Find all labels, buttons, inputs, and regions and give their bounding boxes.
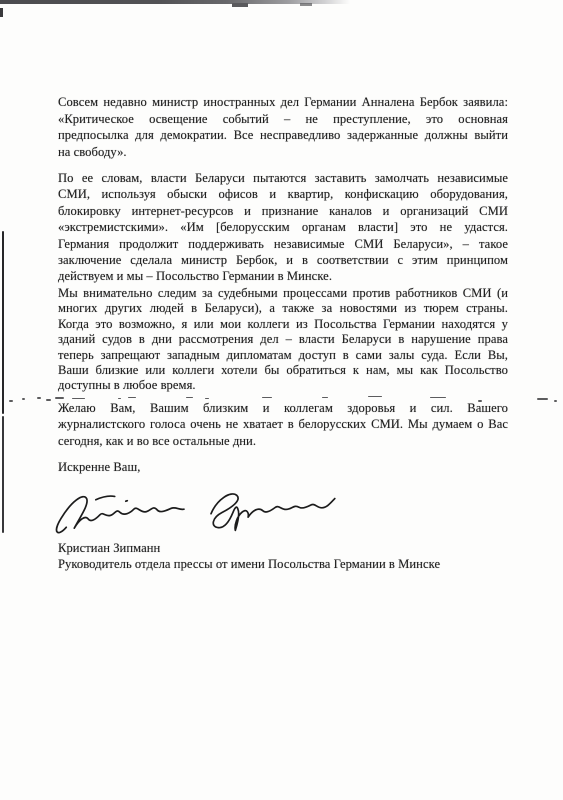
scanned-letter-page: Совсем недавно министр иностранных дел Г… [0,0,563,800]
scan-top-band-notch [300,3,312,6]
handwritten-signature [50,480,343,543]
letter-line: теперь запрещают западным дипломатам дос… [58,348,508,363]
letter-line: «экстремистскими». «Им [белорусским орга… [58,219,508,235]
letter-line: блокировку интернет-ресурсов и признание… [58,203,508,219]
signer-name: Кристиан Зипманн [58,540,508,556]
letter-line: Совсем недавно министр иностранных дел Г… [58,94,508,111]
letter-line: Ваши близкие или коллеги хотели бы обрат… [58,363,508,378]
closing-block: Искренне Ваш, [58,459,508,476]
letter-line: СМИ, используя обыски офисов и квартир, … [58,186,508,202]
letter-line: доступны в любое время. [58,378,508,393]
letter-line: зданий судов в дни рассмотрения дел – вл… [58,332,508,347]
letter-line: Мы внимательно следим за судебными проце… [58,286,508,301]
letter-line: журналистского голоса очень не хватает в… [58,416,508,432]
letter-line: предпосылка для демократии. Все несправе… [58,127,508,144]
scan-top-band-notch [232,3,248,7]
paragraph-2: По ее словам, власти Беларуси пытаются з… [58,170,508,285]
letter-line: на свободу». [58,144,508,161]
letter-line: Желаю Вам, Вашим близким и коллегам здор… [58,400,508,416]
signer-title: Руководитель отдела прессы от имени Посо… [58,556,508,572]
letter-line: действуем и мы – Посольство Германии в М… [58,268,508,284]
letter-line: По ее словам, власти Беларуси пытаются з… [58,170,508,186]
scan-left-edge-line [2,231,4,414]
closing-salutation: Искренне Ваш, [58,459,508,476]
paragraph-1: Совсем недавно министр иностранных дел Г… [58,94,508,160]
scan-left-edge-line [2,416,4,533]
signature-block: Кристиан Зипманн Руководитель отдела пре… [58,540,508,573]
paragraph-3: Мы внимательно следим за судебными проце… [58,286,508,394]
letter-line: многих других людей в Беларуси), а также… [58,301,508,316]
scan-top-band-artifact [0,0,350,4]
letter-line: заключение сделала министр Бербок, и в с… [58,252,508,268]
scan-corner-mark [0,8,3,17]
letter-line: Германия продолжит поддерживать независи… [58,236,508,252]
letter-line: «Критическое освещение событий – не прес… [58,111,508,128]
letter-line: Когда это возможно, я или мои коллеги из… [58,317,508,332]
letter-line: сегодня, как и во все остальные дни. [58,433,508,449]
paragraph-4: Желаю Вам, Вашим близким и коллегам здор… [58,400,508,449]
